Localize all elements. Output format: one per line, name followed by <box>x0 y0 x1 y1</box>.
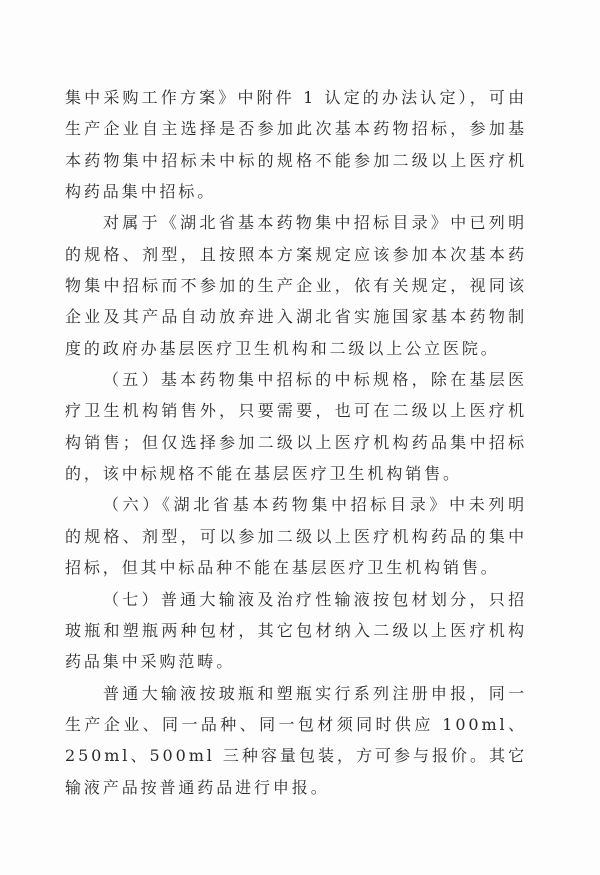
paragraph-continuation: 集中采购工作方案》中附件 1 认定的办法认定），可由生产企业自主选择是否参加此次… <box>65 82 527 207</box>
document-body: 集中采购工作方案》中附件 1 认定的办法认定），可由生产企业自主选择是否参加此次… <box>65 82 527 803</box>
text-line: 以上公立医院。 <box>367 339 499 358</box>
text-line: 范畴。 <box>178 652 235 671</box>
text-line: 塑瓶两种包材，其它包材纳入二级以上医疗机构药品集中采购 <box>65 621 527 671</box>
paragraph-unlisted-specs-rule: 对属于《湖北省基本药物集中招标目录》中已列明的规格、剂型，且按照本方案规定应该参… <box>65 207 527 364</box>
paragraph-item-7: （七）普通大输液及治疗性输液按包材划分，只招玻瓶和塑瓶两种包材，其它包材纳入二级… <box>65 584 527 678</box>
document-page: 集中采购工作方案》中附件 1 认定的办法认定），可由生产企业自主选择是否参加此次… <box>0 0 600 875</box>
paragraph-infusion-registration: 普通大输液按玻瓶和塑瓶实行系列注册申报，同一生产企业、同一品种、同一包材须同时供… <box>65 678 527 803</box>
paragraph-item-5: （五）基本药物集中招标的中标规格，除在基层医疗卫生机构销售外，只要需要，也可在二… <box>65 364 527 489</box>
text-line: 不能在基层医疗卫生机构销售。 <box>235 558 500 577</box>
text-line: 医疗卫生机构销售。 <box>292 464 462 483</box>
paragraph-item-6: （六）《湖北省基本药物集中招标目录》中未列明的规格、剂型，可以参加二级以上医疗机… <box>65 489 527 583</box>
